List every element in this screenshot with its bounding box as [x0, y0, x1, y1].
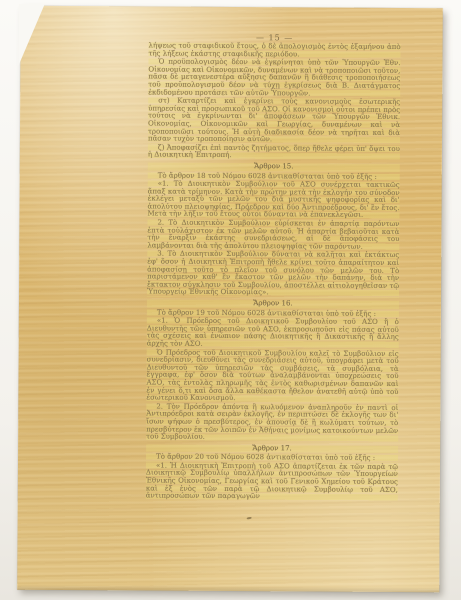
text-paragraph: «1. Ἡ Διοικητικὴ Ἐπιτροπὴ τοῦ ΑΣΟ ἀπαρτί… — [146, 462, 398, 502]
article-heading: Ἄρθρον 16. — [147, 299, 399, 308]
text-paragraph: ζ) Ἀποφασίζει ἐπὶ παντὸς ζητήματος, ὅπερ… — [148, 144, 400, 161]
text-paragraph: «1. Τὸ Διοικητικὸν Συμβούλιον τοῦ ΑΣΟ συ… — [147, 181, 399, 221]
text-paragraph: λήψεως τοῦ σταφιδικοῦ ἔτους, ὁ δὲ ἀπολογ… — [148, 42, 400, 59]
text-paragraph: Ὁ προϋπολογισμὸς δέον νὰ ἐγκρίνηται ὑπὸ … — [148, 59, 400, 99]
text-paragraph: 3. Τὸ Διοικητικὸν Συμβούλιον δύναται νὰ … — [147, 251, 399, 298]
text-paragraph: «1. Ὁ Πρόεδρος τοῦ Διοικητικοῦ Συμβουλίο… — [147, 318, 399, 350]
document-page: — 15 — λήψεως τοῦ σταφιδικοῦ ἔτους, ὁ δὲ… — [17, 6, 443, 593]
text-paragraph: Ὁ Πρόεδρος τοῦ Διοικητικοῦ Συμβουλίου κα… — [146, 349, 398, 404]
text-paragraph: στ) Καταρτίζει καὶ ἐγκρίνει τοὺς κανονισ… — [148, 98, 400, 145]
page-corner-fold — [18, 4, 44, 66]
text-paragraph: 2. Τὸ Διοικητικὸν Συμβούλιον εὑρίσκεται … — [147, 220, 399, 252]
scan-background: — 15 — λήψεως τοῦ σταφιδικοῦ ἔτους, ὁ δὲ… — [0, 0, 461, 600]
ink-speck — [247, 517, 252, 520]
text-column: λήψεως τοῦ σταφιδικοῦ ἔτους, ὁ δὲ ἀπολογ… — [146, 42, 401, 502]
text-paragraph: 2. Τὸν Πρόεδρον ἀπόντα ἢ κωλυόμενον ἀναπ… — [146, 403, 398, 443]
article-heading: Ἄρθρον 15. — [148, 162, 400, 171]
